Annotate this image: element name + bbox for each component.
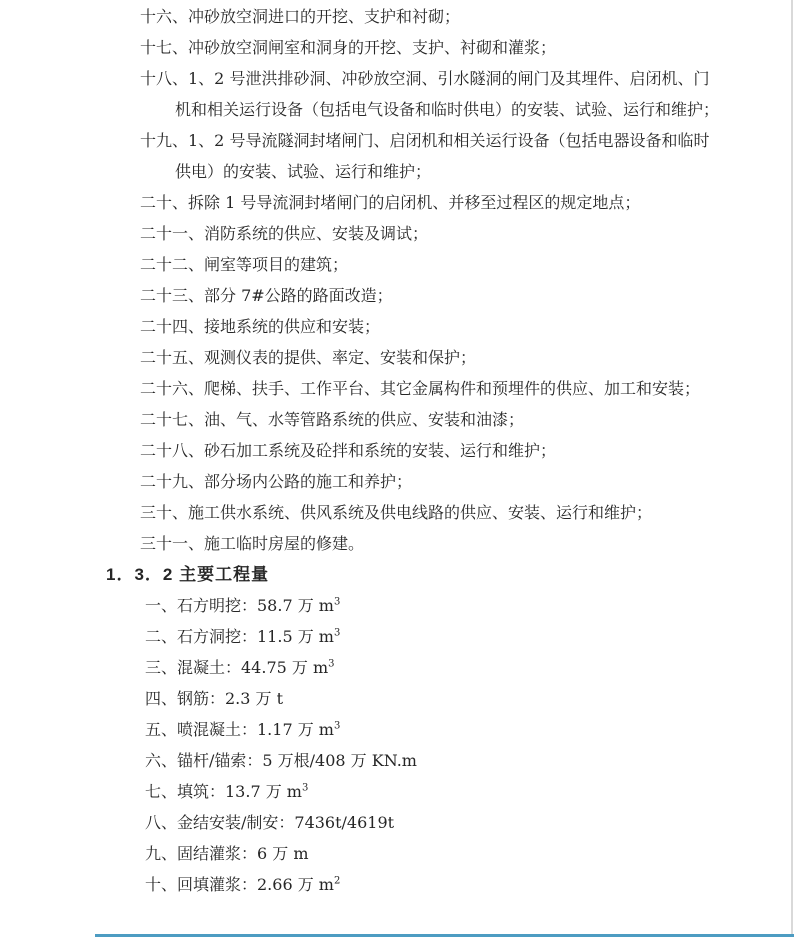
quantity-item-7: 七、填筑：13.7 万 m3 xyxy=(0,776,785,807)
work-item-18-line-1: 十八、1、2 号泄洪排砂洞、冲砂放空洞、引水隧洞的闸门及其埋件、启闭机、门 xyxy=(0,63,785,94)
quantity-text: 九、固结灌浆：6 万 m xyxy=(145,844,309,863)
page-right-edge-divider xyxy=(791,0,793,937)
quantity-text: 七、填筑：13.7 万 m xyxy=(145,782,302,801)
unit-superscript: 3 xyxy=(334,721,340,732)
work-item-26: 二十六、爬梯、扶手、工作平台、其它金属构件和预埋件的供应、加工和安装； xyxy=(0,373,785,404)
unit-superscript: 3 xyxy=(334,597,340,608)
quantity-item-8: 八、金结安装/制安：7436t/4619t xyxy=(0,807,785,838)
work-item-22: 二十二、闸室等项目的建筑； xyxy=(0,249,785,280)
work-item-18-line-2: 机和相关运行设备（包括电气设备和临时供电）的安装、试验、运行和维护； xyxy=(0,94,785,125)
quantity-item-9: 九、固结灌浆：6 万 m xyxy=(0,838,785,869)
quantity-item-3: 三、混凝土：44.75 万 m3 xyxy=(0,652,785,683)
work-item-16: 十六、冲砂放空洞进口的开挖、支护和衬砌； xyxy=(0,1,785,32)
quantity-item-10: 十、回填灌浆：2.66 万 m2 xyxy=(0,869,785,900)
quantity-item-1: 一、石方明挖：58.7 万 m3 xyxy=(0,590,785,621)
section-heading-1-3-2: 1．3．2 主要工程量 xyxy=(0,559,785,590)
work-item-31: 三十一、施工临时房屋的修建。 xyxy=(0,528,785,559)
work-item-17: 十七、冲砂放空洞闸室和洞身的开挖、支护、衬砌和灌浆； xyxy=(0,32,785,63)
quantity-text: 十、回填灌浆：2.66 万 m xyxy=(145,875,334,894)
quantity-item-4: 四、钢筋：2.3 万 t xyxy=(0,683,785,714)
quantity-text: 六、锚杆/锚索：5 万根/408 万 KN.m xyxy=(145,751,417,770)
work-item-28: 二十八、砂石加工系统及砼拌和系统的安装、运行和维护； xyxy=(0,435,785,466)
work-item-20: 二十、拆除 1 号导流洞封堵闸门的启闭机、并移至过程区的规定地点； xyxy=(0,187,785,218)
work-item-19-line-2: 供电）的安装、试验、运行和维护； xyxy=(0,156,785,187)
unit-superscript: 3 xyxy=(302,783,308,794)
quantity-text: 三、混凝土：44.75 万 m xyxy=(145,658,328,677)
work-item-30: 三十、施工供水系统、供风系统及供电线路的供应、安装、运行和维护； xyxy=(0,497,785,528)
unit-superscript: 3 xyxy=(334,628,340,639)
quantity-text: 二、石方洞挖：11.5 万 m xyxy=(145,627,334,646)
work-item-25: 二十五、观测仪表的提供、率定、安装和保护； xyxy=(0,342,785,373)
quantity-item-6: 六、锚杆/锚索：5 万根/408 万 KN.m xyxy=(0,745,785,776)
work-item-24: 二十四、接地系统的供应和安装； xyxy=(0,311,785,342)
document-page: 十六、冲砂放空洞进口的开挖、支护和衬砌； 十七、冲砂放空洞闸室和洞身的开挖、支护… xyxy=(0,0,795,937)
quantity-text: 八、金结安装/制安：7436t/4619t xyxy=(145,813,394,832)
quantity-text: 四、钢筋：2.3 万 t xyxy=(145,689,283,708)
work-item-21: 二十一、消防系统的供应、安装及调试； xyxy=(0,218,785,249)
unit-superscript: 3 xyxy=(328,659,334,670)
work-item-27: 二十七、油、气、水等管路系统的供应、安装和油漆； xyxy=(0,404,785,435)
quantity-text: 一、石方明挖：58.7 万 m xyxy=(145,596,334,615)
work-item-19-line-1: 十九、1、2 号导流隧洞封堵闸门、启闭机和相关运行设备（包括电器设备和临时 xyxy=(0,125,785,156)
quantity-item-5: 五、喷混凝土：1.17 万 m3 xyxy=(0,714,785,745)
work-item-29: 二十九、部分场内公路的施工和养护； xyxy=(0,466,785,497)
document-content: 十六、冲砂放空洞进口的开挖、支护和衬砌； 十七、冲砂放空洞闸室和洞身的开挖、支护… xyxy=(0,1,785,900)
work-item-23: 二十三、部分 7#公路的路面改造； xyxy=(0,280,785,311)
quantity-item-2: 二、石方洞挖：11.5 万 m3 xyxy=(0,621,785,652)
unit-superscript: 2 xyxy=(334,876,340,887)
quantity-text: 五、喷混凝土：1.17 万 m xyxy=(145,720,334,739)
